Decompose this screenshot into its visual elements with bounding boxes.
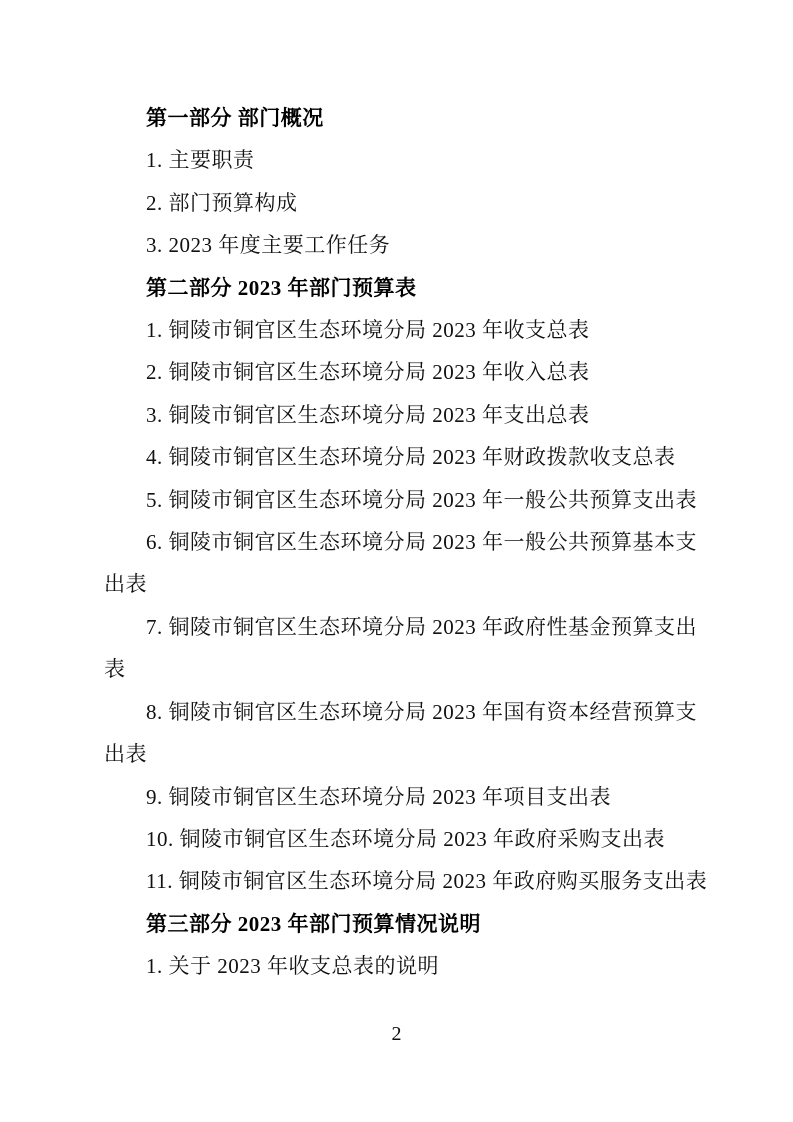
toc-item: 7. 铜陵市铜官区生态环境分局 2023 年政府性基金预算支出 <box>104 606 704 648</box>
toc-item: 8. 铜陵市铜官区生态环境分局 2023 年国有资本经营预算支 <box>104 691 704 733</box>
section-heading: 第一部分 部门概况 <box>104 97 704 139</box>
toc-item: 3. 2023 年度主要工作任务 <box>104 224 704 266</box>
toc-item: 1. 主要职责 <box>104 139 704 181</box>
toc-item-continuation: 出表 <box>104 563 704 605</box>
toc-item: 5. 铜陵市铜官区生态环境分局 2023 年一般公共预算支出表 <box>104 479 704 521</box>
document-page: 第一部分 部门概况1. 主要职责2. 部门预算构成3. 2023 年度主要工作任… <box>0 0 793 1122</box>
toc-item-continuation: 表 <box>104 648 704 690</box>
toc-item: 4. 铜陵市铜官区生态环境分局 2023 年财政拨款收支总表 <box>104 436 704 478</box>
page-number: 2 <box>0 1020 793 1048</box>
toc-item: 2. 部门预算构成 <box>104 182 704 224</box>
toc-item: 2. 铜陵市铜官区生态环境分局 2023 年收入总表 <box>104 351 704 393</box>
toc-item: 1. 关于 2023 年收支总表的说明 <box>104 945 704 987</box>
document-body: 第一部分 部门概况1. 主要职责2. 部门预算构成3. 2023 年度主要工作任… <box>104 97 704 988</box>
toc-item-continuation: 出表 <box>104 733 704 775</box>
section-heading: 第三部分 2023 年部门预算情况说明 <box>104 903 704 945</box>
toc-item: 9. 铜陵市铜官区生态环境分局 2023 年项目支出表 <box>104 776 704 818</box>
toc-item: 10. 铜陵市铜官区生态环境分局 2023 年政府采购支出表 <box>104 818 704 860</box>
toc-item: 11. 铜陵市铜官区生态环境分局 2023 年政府购买服务支出表 <box>104 860 704 902</box>
section-heading: 第二部分 2023 年部门预算表 <box>104 267 704 309</box>
toc-item: 3. 铜陵市铜官区生态环境分局 2023 年支出总表 <box>104 394 704 436</box>
toc-item: 6. 铜陵市铜官区生态环境分局 2023 年一般公共预算基本支 <box>104 521 704 563</box>
toc-item: 1. 铜陵市铜官区生态环境分局 2023 年收支总表 <box>104 309 704 351</box>
